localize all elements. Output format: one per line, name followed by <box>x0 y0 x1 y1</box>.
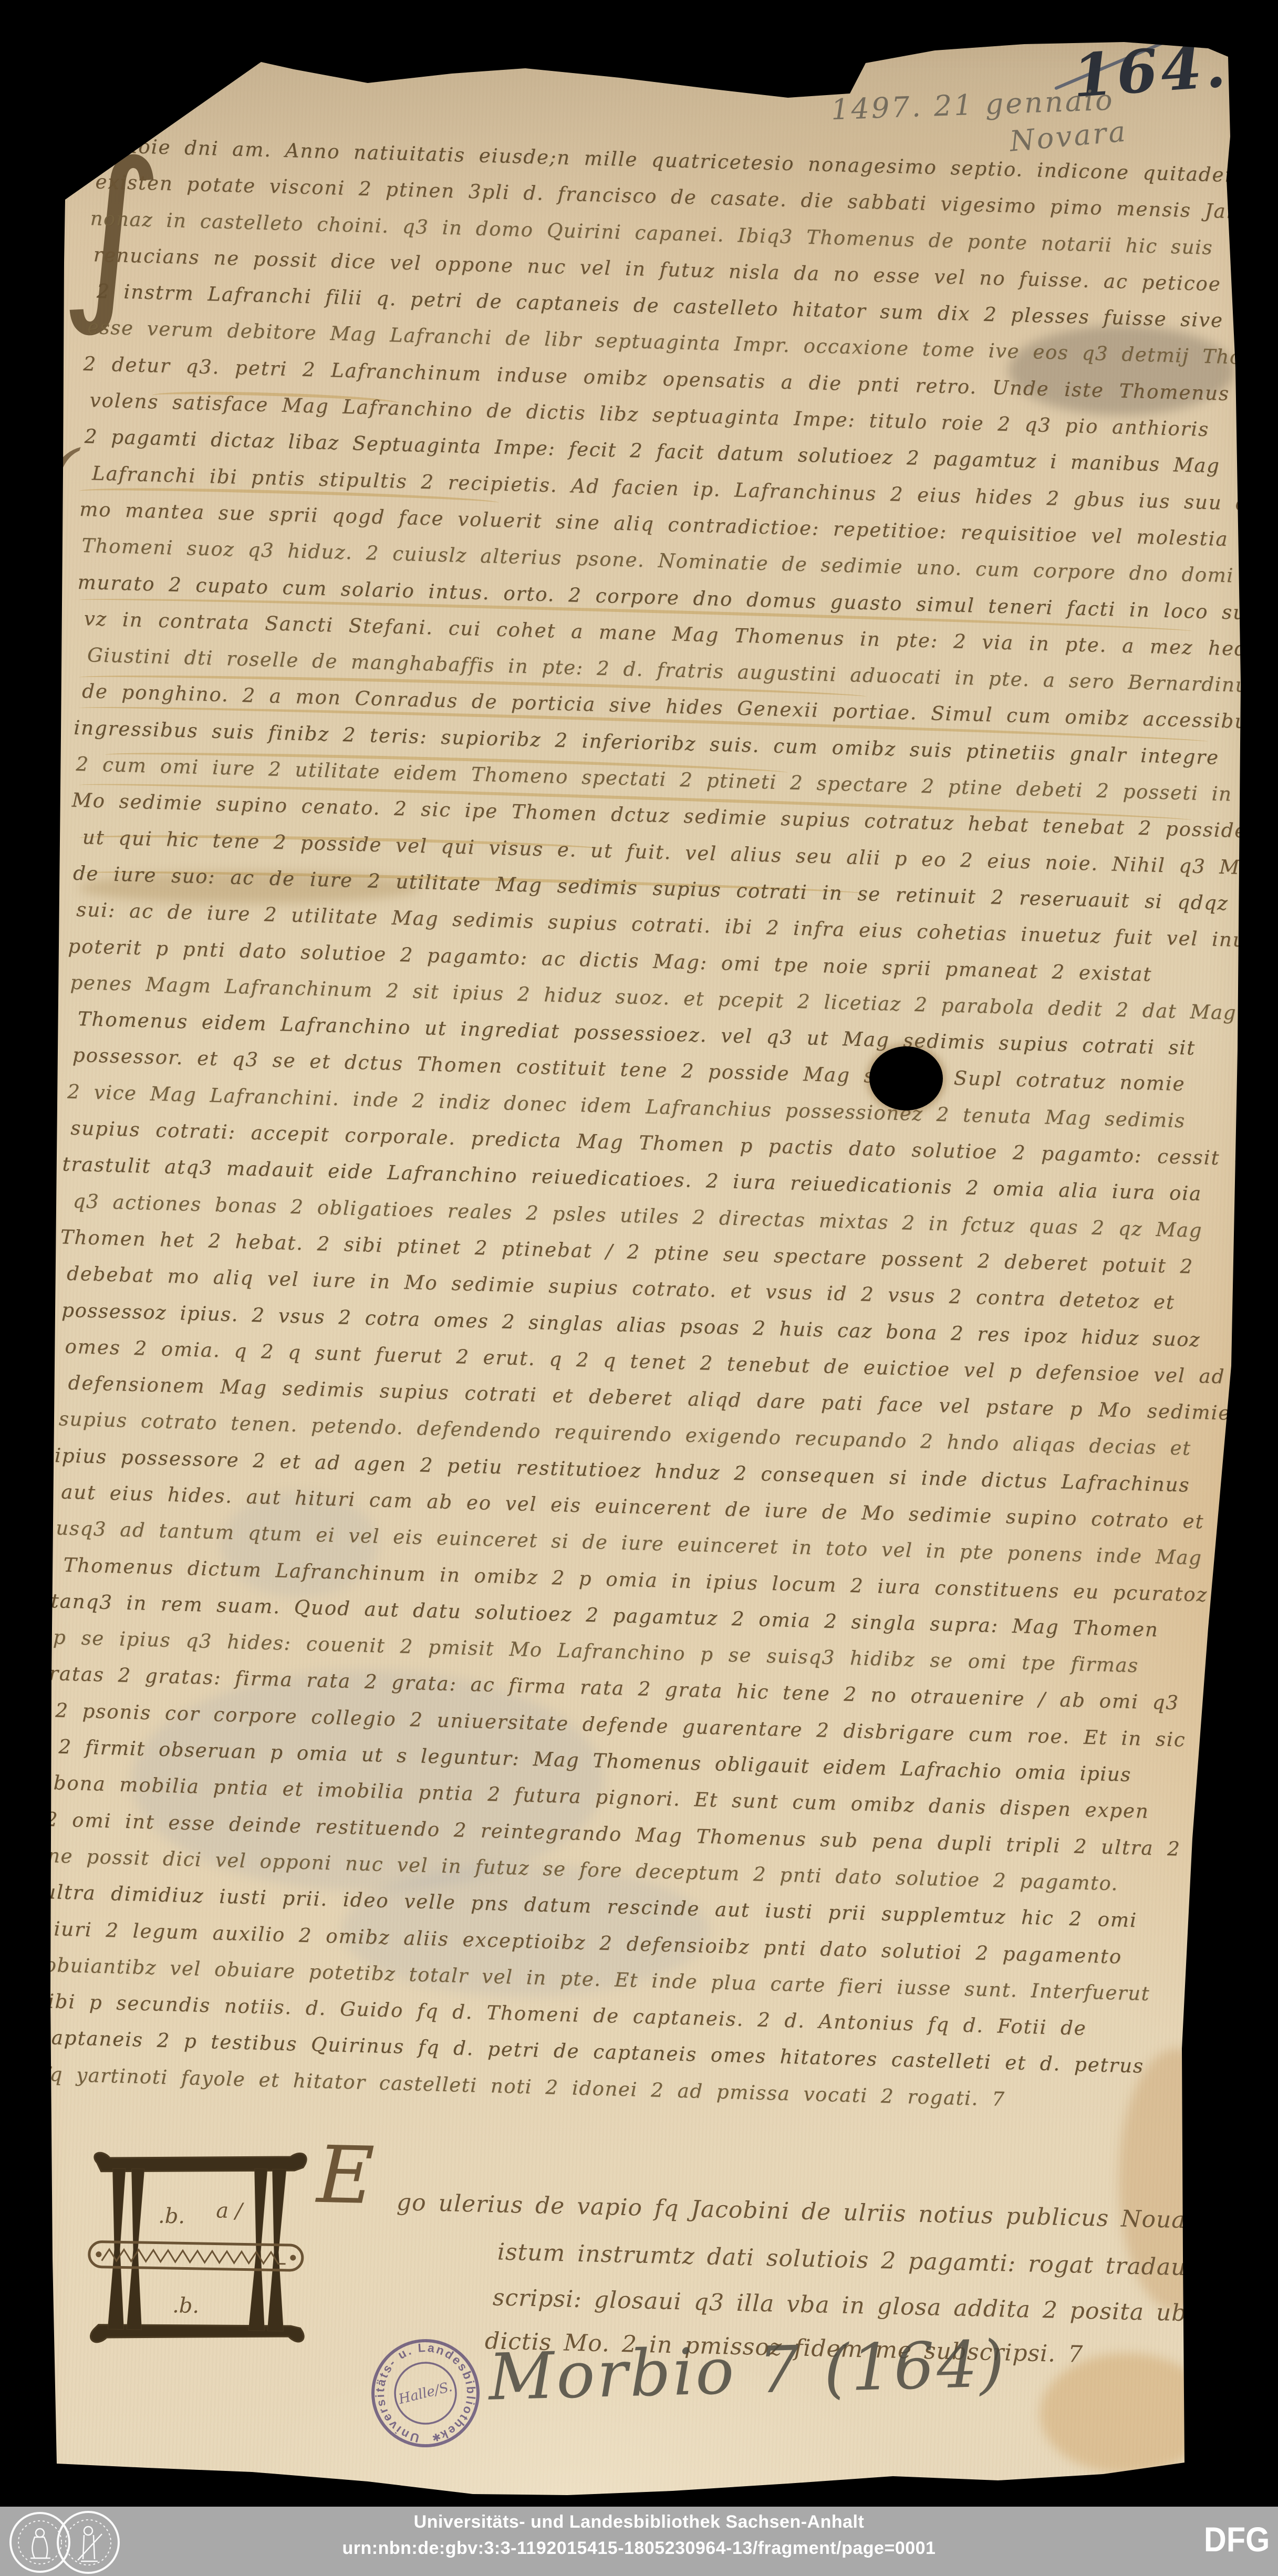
footer-library-name: Universitäts- und Landesbibliothek Sachs… <box>0 2512 1278 2532</box>
dfg-logo: DFG <box>1204 2519 1270 2559</box>
footer-urn: urn:nbn:de:gbv:3:3-1192015415-1805230964… <box>0 2538 1278 2559</box>
parchment-edge-shading <box>0 0 1278 2576</box>
viewer-footer-bar: Universitäts- und Landesbibliothek Sachs… <box>0 2507 1278 2576</box>
scanned-document-page: ∫ ( In noie dni am. Anno natiuitatis eiu… <box>0 0 1278 2576</box>
parchment-sheet: ∫ ( In noie dni am. Anno natiuitatis eiu… <box>0 0 1278 2576</box>
